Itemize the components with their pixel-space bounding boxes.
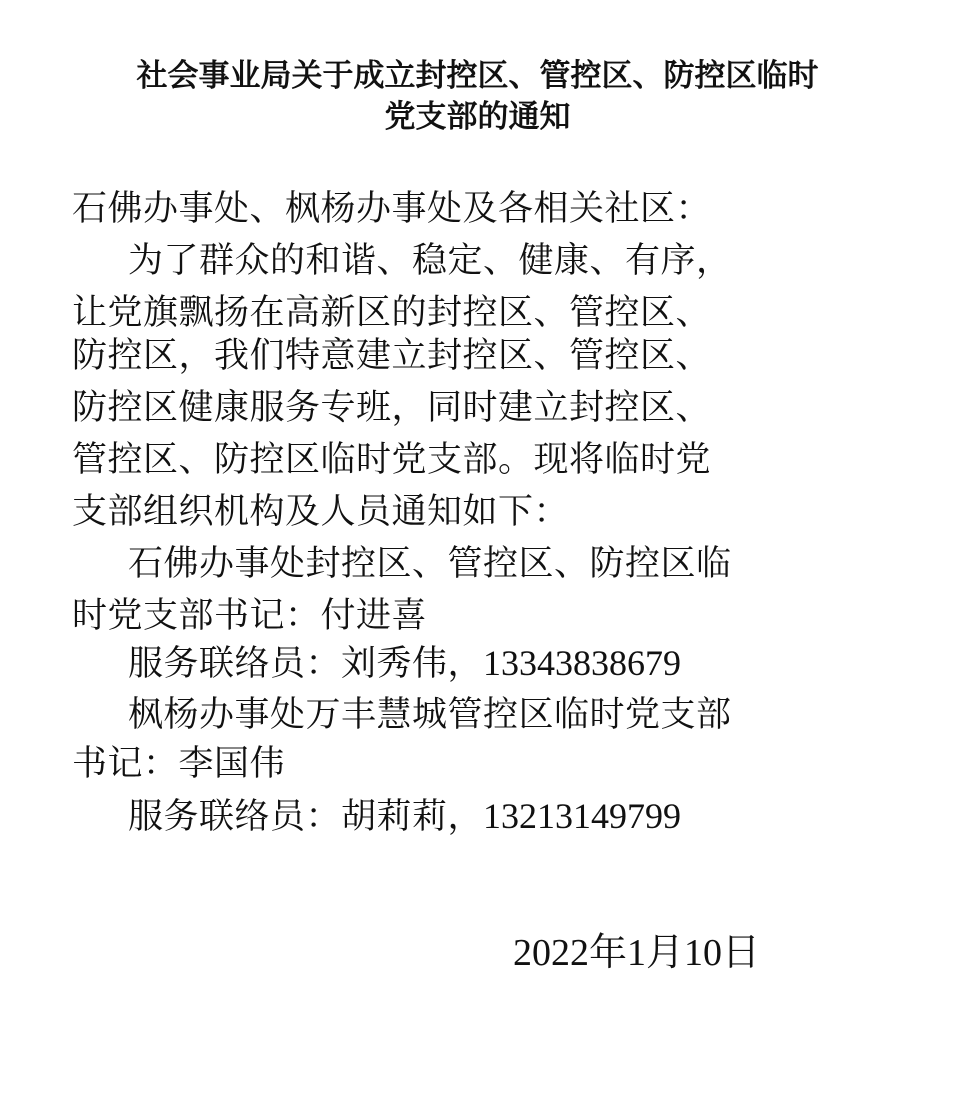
salutation: 石佛办事处、枫杨办事处及各相关社区： (72, 186, 711, 232)
document-title-line-1: 社会事业局关于成立封控区、管控区、防控区临时 (0, 56, 955, 96)
body-line-2: 让党旗飘扬在高新区的封控区、管控区、 (72, 290, 711, 336)
branch-2-title: 枫杨办事处万丰慧城管控区临时党支部 (128, 692, 732, 738)
branch-1-contact: 服务联络员：刘秀伟，13343838679 (128, 640, 681, 687)
document-title-line-2: 党支部的通知 (0, 97, 955, 137)
branch-2-contact-label: 服务联络员：胡莉莉， (128, 797, 483, 837)
body-line-4: 防控区健康服务专班，同时建立封控区、 (72, 385, 711, 431)
branch-2-contact-phone: 13213149799 (483, 796, 681, 836)
branch-1-secretary: 时党支部书记：付进喜 (72, 593, 427, 639)
body-line-6: 支部组织机构及人员通知如下： (72, 489, 569, 535)
branch-1-contact-phone: 13343838679 (483, 643, 681, 683)
document-date: 2022年1月10日 (513, 928, 760, 978)
body-line-1: 为了群众的和谐、稳定、健康、有序， (128, 238, 732, 284)
branch-2-contact: 服务联络员：胡莉莉，13213149799 (128, 793, 681, 840)
body-line-5: 管控区、防控区临时党支部。现将临时党 (72, 437, 711, 483)
branch-1-contact-label: 服务联络员：刘秀伟， (128, 644, 483, 684)
branch-2-secretary: 书记：李国伟 (72, 741, 285, 787)
body-line-3: 防控区，我们特意建立封控区、管控区、 (72, 333, 711, 379)
branch-1-title: 石佛办事处封控区、管控区、防控区临 (128, 541, 732, 587)
